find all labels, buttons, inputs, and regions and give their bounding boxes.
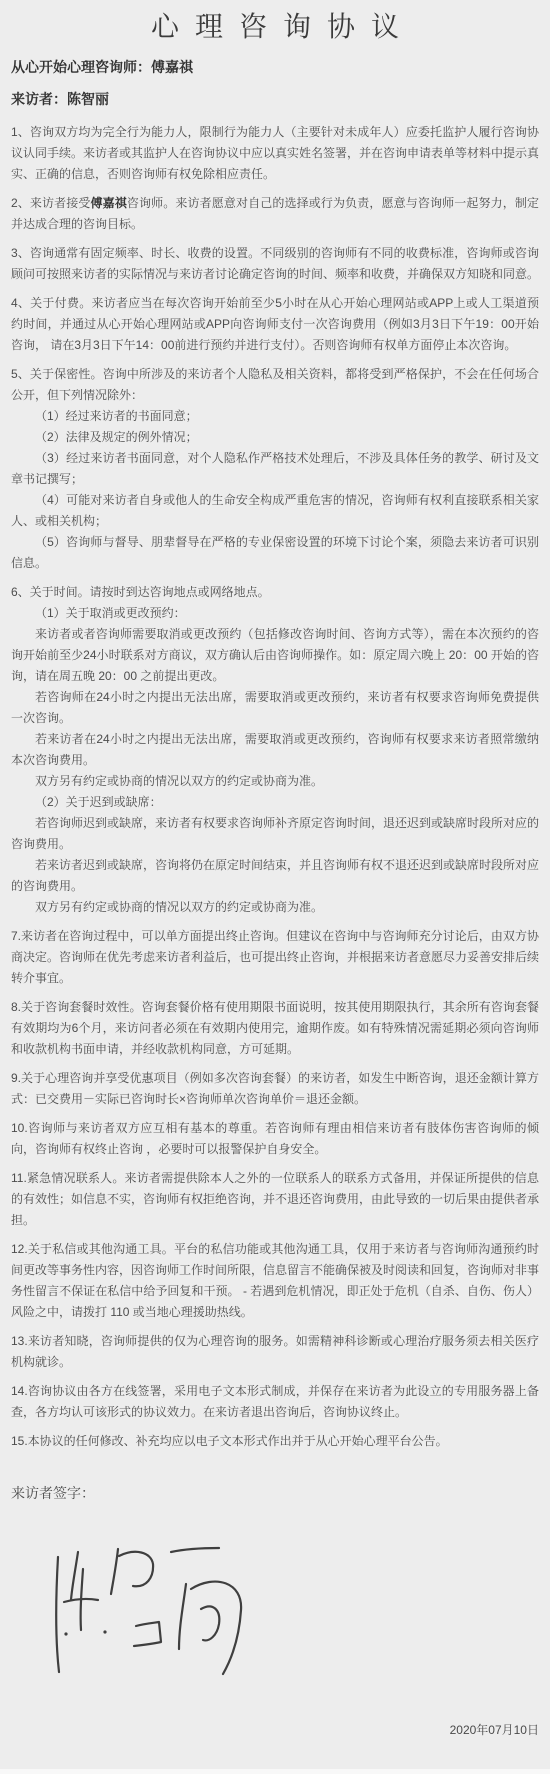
sub-paragraph: （3）经过来访者书面同意，对个人隐私作严格技术处理后，不涉及具体任务的教学、研讨… xyxy=(11,448,539,490)
clause-paragraph: 5、关于保密性。咨询中所涉及的来访者个人隐私及相关资料，都将受到严格保护，不会在… xyxy=(11,364,539,406)
clause-paragraph: 7.来访者在咨询过程中，可以单方面提出终止咨询。但建议在咨询中与咨询师充分讨论后… xyxy=(11,926,539,989)
agreement-document: 心理咨询协议 从心开始心理咨询师：傅嘉祺 来访者：陈智丽 1、咨询双方均为完全行… xyxy=(0,0,550,1774)
visitor-signature-label: 来访者签字： xyxy=(11,1484,539,1502)
clause-paragraph: 6、关于时间。请按时到达咨询地点或网络地点。 xyxy=(11,582,539,603)
clause-paragraph: 3、咨询通常有固定频率、时长、收费的设置。不同级别的咨询师有不同的收费标准，咨询… xyxy=(11,243,539,285)
counselor-name-emphasis: 傅嘉祺 xyxy=(91,196,127,210)
page-title: 心理咨询协议 xyxy=(11,8,539,46)
clause-paragraph: 12.关于私信或其他沟通工具。平台的私信功能或其他沟通工具，仅用于来访者与咨询师… xyxy=(11,1239,539,1323)
sub-paragraph: （1）关于取消或更改预约： xyxy=(11,603,539,624)
sub-paragraph: 来访者或者咨询师需要取消或更改预约（包括修改咨询时间、咨询方式等），需在本次预约… xyxy=(11,624,539,687)
sub-paragraph: （1）经过来访者的书面同意； xyxy=(11,406,539,427)
visitor-line: 来访者：陈智丽 xyxy=(11,90,539,108)
sub-paragraph: 若来访者在24小时之内提出无法出席，需要取消或更改预约，咨询师有权要求来访者照常… xyxy=(11,729,539,771)
sub-paragraph: 若咨询师在24小时之内提出无法出席，需要取消或更改预约，来访者有权要求咨询师免费… xyxy=(11,687,539,729)
clause-paragraph: 2、来访者接受傅嘉祺咨询师。来访者愿意对自己的选择或行为负责，愿意与咨询师一起努… xyxy=(11,193,539,235)
sub-paragraph: （2）关于迟到或缺席： xyxy=(11,792,539,813)
sub-paragraph: （2）法律及规定的例外情况； xyxy=(11,427,539,448)
clause-paragraph: 14.咨询协议由各方在线签署，采用电子文本形式制成，并保存在来访者为此设立的专用… xyxy=(11,1381,539,1423)
sub-paragraph: 若咨询师迟到或缺席，来访者有权要求咨询师补齐原定咨询时间，退还迟到或缺席时段所对… xyxy=(11,813,539,855)
clause-paragraph: 10.咨询师与来访者双方应互相有基本的尊重。若咨询师有理由相信来访者有肢体伤害咨… xyxy=(11,1118,539,1160)
clause-paragraph: 1、咨询双方均为完全行为能力人，限制行为能力人（主要针对未成年人）应委托监护人履… xyxy=(11,122,539,185)
clause-paragraph: 4、关于付费。来访者应当在每次咨询开始前至少5小时在从心开始心理网站或APP上或… xyxy=(11,293,539,356)
signature-handwriting xyxy=(47,1542,257,1678)
clauses-container: 1、咨询双方均为完全行为能力人，限制行为能力人（主要针对未成年人）应委托监护人履… xyxy=(11,122,539,1452)
sub-paragraph: 双方另有约定或协商的情况以双方的约定或协商为准。 xyxy=(11,897,539,918)
clause-paragraph: 8.关于咨询套餐时效性。咨询套餐价格有使用期限书面说明，按其使用期限执行，其余所… xyxy=(11,997,539,1060)
sub-paragraph: 若来访者迟到或缺席，咨询将仍在原定时间结束，并且咨询师有权不退还迟到或缺席时段所… xyxy=(11,855,539,897)
clause-paragraph: 15.本协议的任何修改、补充均应以电子文本形式作出并于从心开始心理平台公告。 xyxy=(11,1431,539,1452)
sub-paragraph: （4）可能对来访者自身或他人的生命安全构成严重危害的情况，咨询师有权利直接联系相… xyxy=(11,490,539,532)
clause-paragraph: 11.紧急情况联系人。来访者需提供除本人之外的一位联系人的联系方式备用，并保证所… xyxy=(11,1168,539,1231)
counselor-line: 从心开始心理咨询师：傅嘉祺 xyxy=(11,58,539,76)
clause-text: 2、来访者接受 xyxy=(11,196,91,210)
sub-paragraph: （5）咨询师与督导、朋辈督导在严格的专业保密设置的环境下讨论个案，须隐去来访者可… xyxy=(11,532,539,574)
bottom-edge-strip xyxy=(0,1769,550,1774)
clause-paragraph: 13.来访者知晓，咨询师提供的仅为心理咨询的服务。如需精神科诊断或心理治疗服务须… xyxy=(11,1331,539,1373)
signing-date: 2020年07月10日 xyxy=(11,1722,539,1738)
clause-paragraph: 9.关于心理咨询并享受优惠项目（例如多次咨询套餐）的来访者，如发生中断咨询，退还… xyxy=(11,1068,539,1110)
sub-paragraph: 双方另有约定或协商的情况以双方的约定或协商为准。 xyxy=(11,771,539,792)
